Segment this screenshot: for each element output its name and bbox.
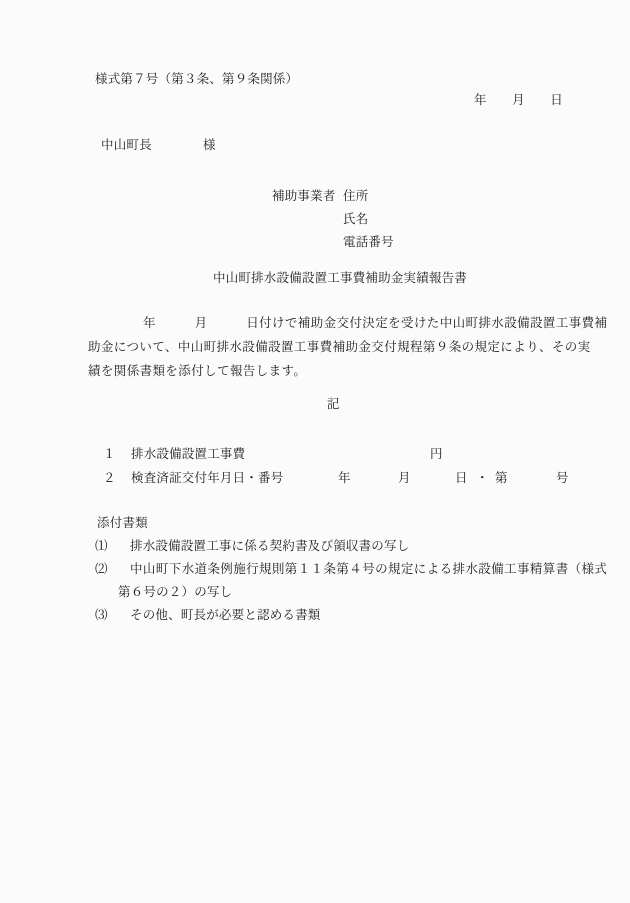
attachment-3-text: その他、町長が必要と認める書類	[130, 607, 321, 623]
attachments-heading: 添付書類	[97, 515, 148, 531]
date-line: 年 月 日	[474, 92, 563, 108]
document-title: 中山町排水設備設置工事費補助金実績報告書	[213, 270, 467, 286]
body-line-2: 助金について、中山町排水設備設置工事費補助金交付規程第９条の規定により、その実	[88, 339, 591, 355]
item-2-label: 検査済証交付年月日・番号	[131, 470, 283, 486]
body-line-1: 年 月 日付けで補助金交付決定を受けた中山町排水設備設置工事費補	[88, 315, 607, 331]
addressee-honorific: 様	[203, 137, 216, 153]
item-2-year-label: 年	[338, 470, 351, 486]
item-1-number: １	[103, 446, 116, 462]
attachment-2-text: 中山町下水道条例施行規則第１１条第４号の規定による排水設備工事精算書（様式	[130, 561, 607, 577]
item-2-month-label: 月	[398, 470, 411, 486]
item-2-dot-separator: ・	[476, 470, 489, 486]
body-line-3: 績を関係書類を添付して報告します。	[88, 363, 306, 379]
form-number: 様式第７号（第３条、第９条関係）	[95, 71, 298, 87]
item-2-number-prefix-label: 第	[495, 470, 508, 486]
addressee-name: 中山町長	[101, 137, 152, 153]
item-2-number: ２	[103, 470, 116, 486]
item-2-day-label: 日	[455, 470, 468, 486]
attachment-3-number: ⑶	[95, 607, 108, 623]
applicant-label: 補助事業者	[272, 188, 336, 204]
attachment-1-text: 排水設備設置工事に係る契約書及び領収書の写し	[130, 538, 409, 554]
attachment-1-number: ⑴	[95, 538, 108, 554]
applicant-phone-label: 電話番号	[343, 234, 394, 250]
item-2-number-suffix-label: 号	[556, 470, 569, 486]
applicant-name-label: 氏名	[343, 211, 368, 227]
attachment-2-number: ⑵	[95, 561, 108, 577]
applicant-address-label: 住所	[343, 188, 368, 204]
item-1-label: 排水設備設置工事費	[131, 446, 245, 462]
item-1-yen-unit-label: 円	[430, 446, 443, 462]
record-marker: 記	[327, 396, 340, 412]
document-page: 様式第７号（第３条、第９条関係） 年 月 日 中山町長 様 補助事業者 住所 氏…	[0, 0, 630, 903]
attachment-2-text-continued: 第６号の２）の写し	[118, 584, 232, 600]
